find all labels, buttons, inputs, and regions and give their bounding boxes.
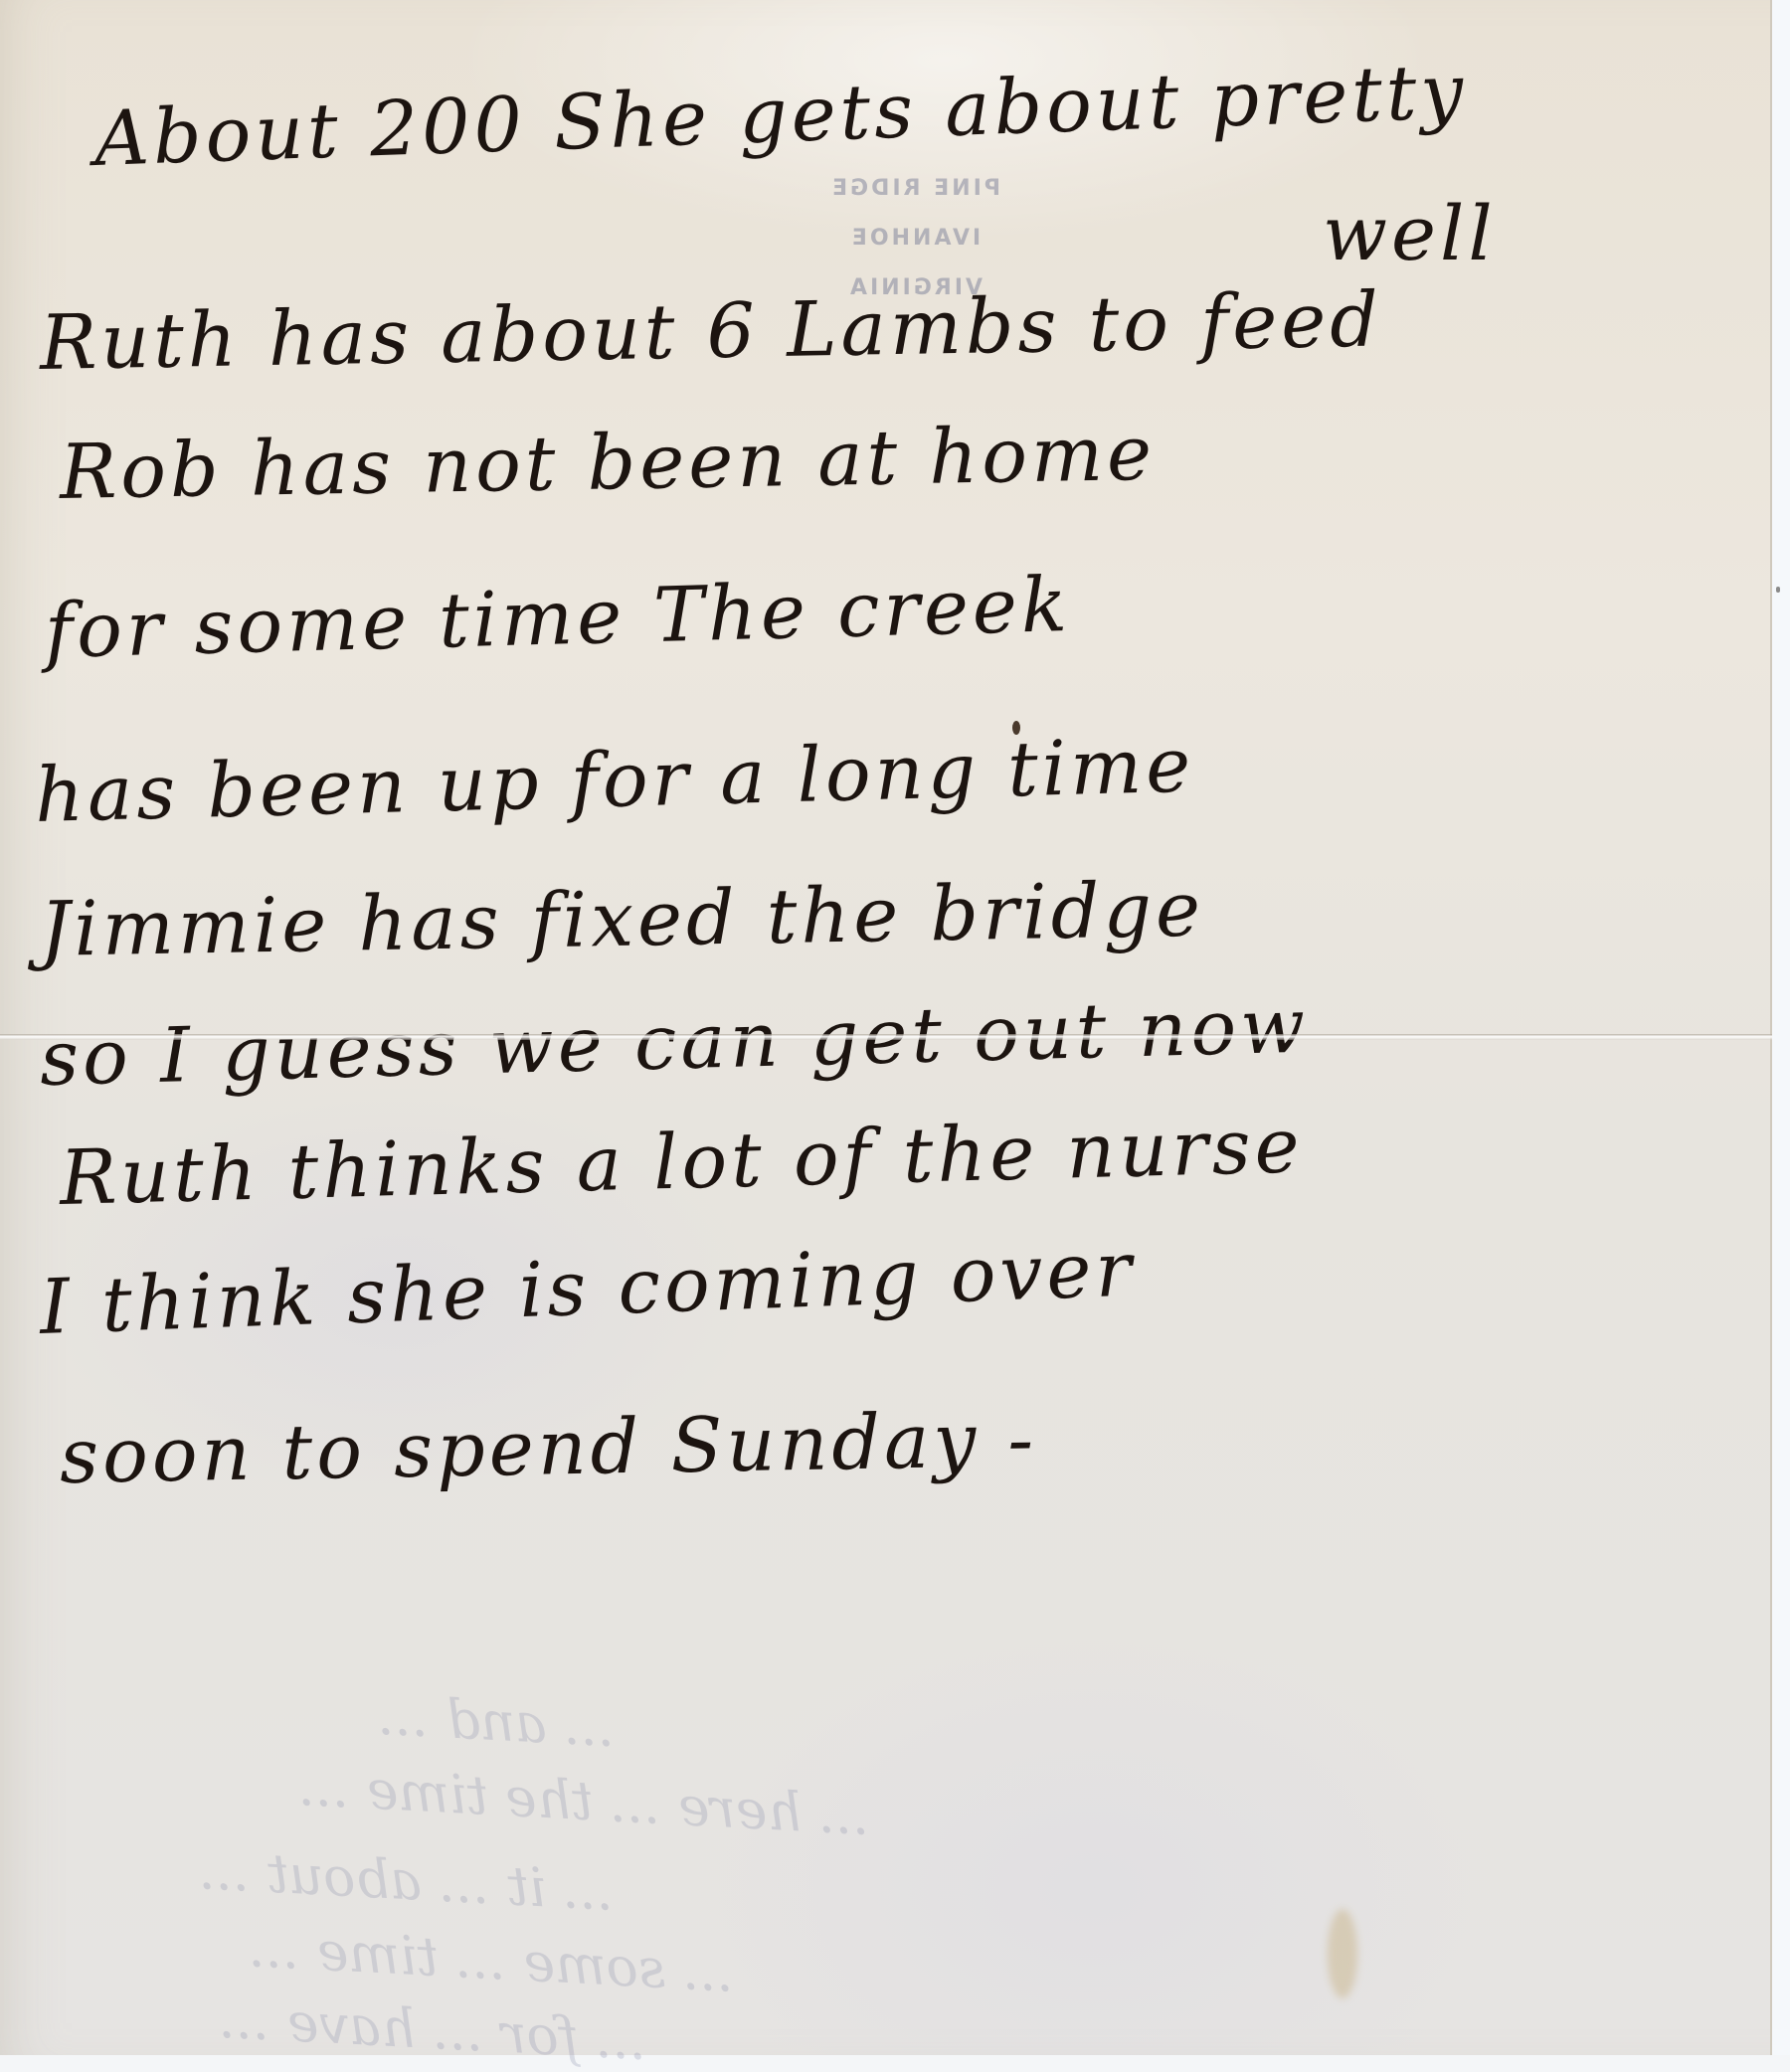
- handwritten-line: well: [1323, 189, 1497, 277]
- handwritten-line: About 200 She gets about pretty: [92, 47, 1468, 183]
- reverse-ghost-text: ... some ... time ...: [248, 1916, 736, 2003]
- fold-crease: [0, 1034, 1772, 1040]
- reverse-ghost-text: ... here ... the time ...: [297, 1755, 872, 1847]
- handwritten-line: Jimmie has fixed the bridge: [39, 865, 1204, 973]
- reverse-ghost-text: ... and ...: [377, 1684, 618, 1759]
- handwritten-line: I think she is coming over: [38, 1225, 1137, 1351]
- reverse-ghost-text: ... for ... have ...: [218, 1987, 649, 2055]
- ink-blot: [1012, 721, 1020, 735]
- handwritten-line: soon to spend Sunday -: [59, 1395, 1038, 1500]
- handwritten-line: Ruth thinks a lot of the nurse: [59, 1101, 1305, 1222]
- letterhead-line-2: IVANHOE: [796, 214, 1034, 263]
- handwritten-line: so I guess we can get out now: [39, 981, 1310, 1103]
- letter-page: PINE RIDGE IVANHOE VIRGINIA ... and ... …: [0, 0, 1772, 2055]
- handwritten-line: has been up for a long time: [34, 720, 1195, 839]
- handwritten-line: Ruth has about 6 Lambs to feed: [39, 274, 1382, 387]
- paper-stain: [1328, 1909, 1357, 1998]
- handwritten-line: Rob has not been at home: [59, 409, 1156, 516]
- edge-mark: [1776, 587, 1780, 593]
- reverse-ghost-text: ... it ... about ...: [198, 1838, 617, 1923]
- scanner-margin: [1772, 0, 1790, 2055]
- letterhead-line-1: PINE RIDGE: [796, 164, 1034, 214]
- handwritten-line: for some time The creek: [44, 560, 1072, 675]
